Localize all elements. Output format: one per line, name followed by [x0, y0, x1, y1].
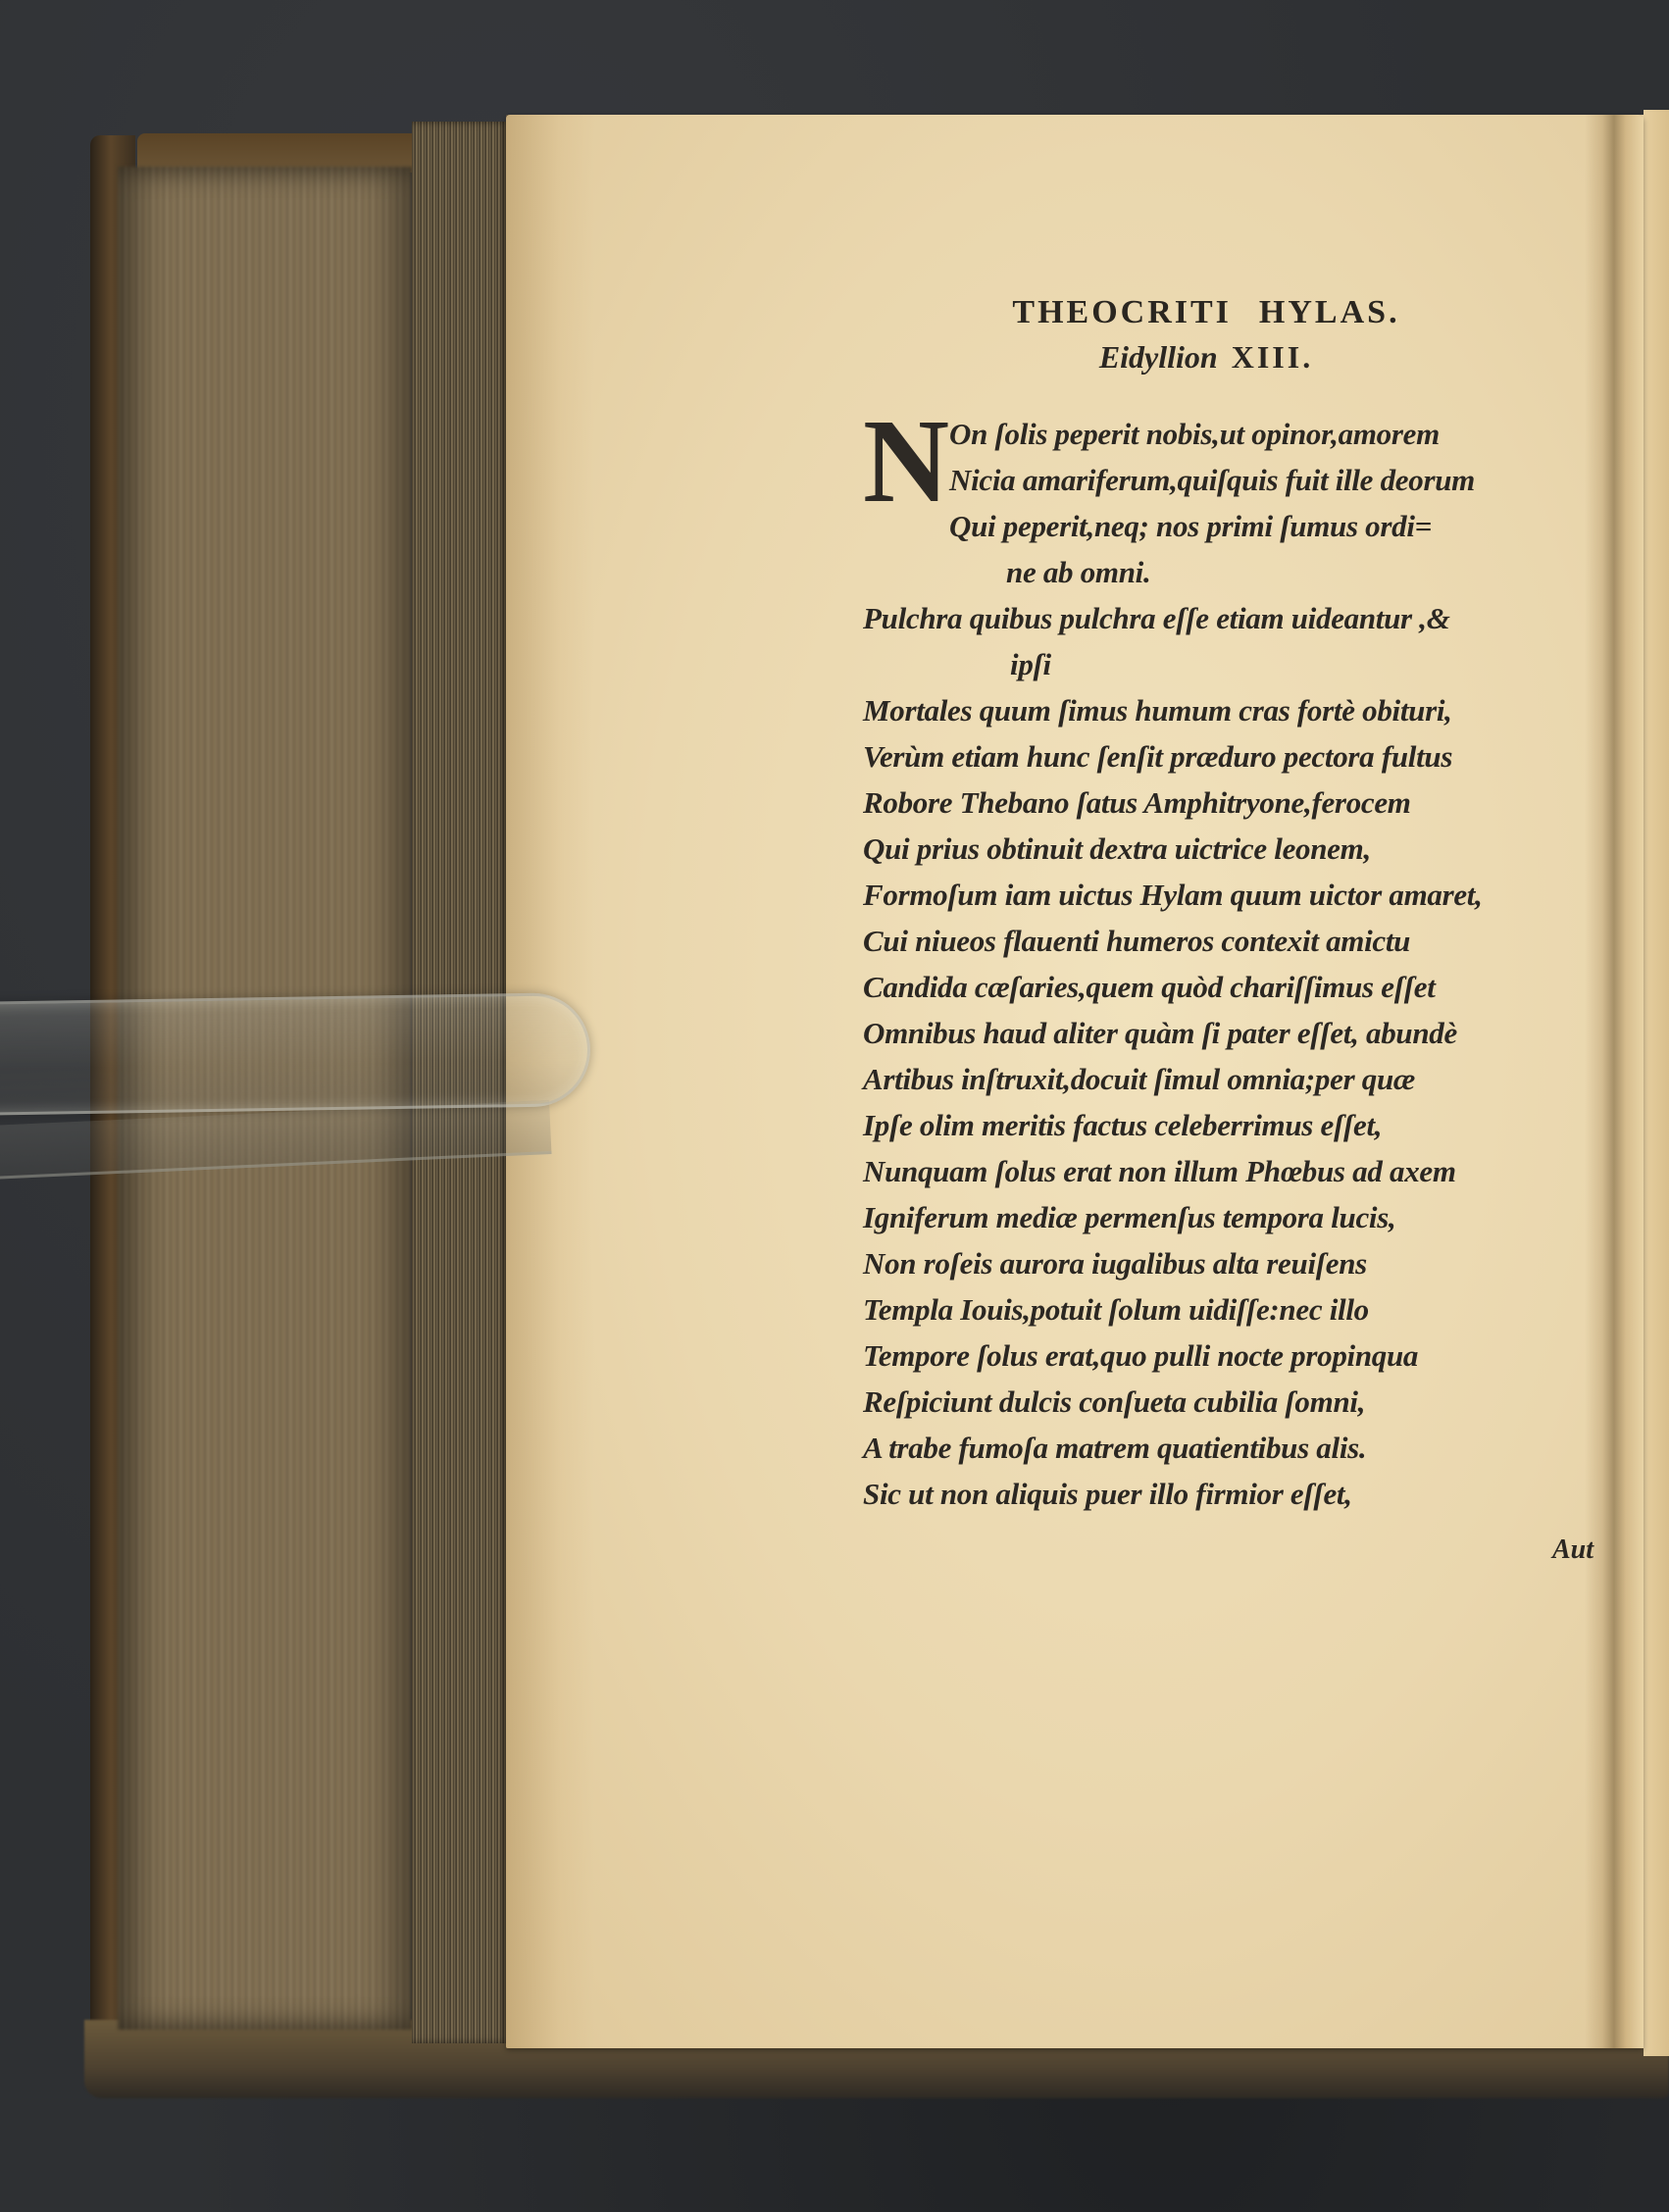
- verse-line: Mortales quum ſimus humum cras fortè obi…: [863, 687, 1608, 733]
- verse-line: Artibus inſtruxit,docuit ſimul omnia;per…: [863, 1056, 1608, 1102]
- verse-block: N On ſolis peperit nobis,ut opinor,amore…: [863, 411, 1608, 1517]
- verse-line: On ſolis peperit nobis,ut opinor,amorem: [863, 411, 1608, 457]
- page-text-block: THEOCRITIHYLAS. EidyllionXIII. N On ſoli…: [863, 294, 1608, 1566]
- verse-line: Nunquam ſolus erat non illum Phœbus ad a…: [863, 1148, 1608, 1194]
- verse-line: Qui peperit,neq; nos primi ſumus ordi=: [863, 503, 1608, 549]
- photo-scene: THEOCRITIHYLAS. EidyllionXIII. N On ſoli…: [0, 0, 1669, 2212]
- verse-line: Robore Thebano ſatus Amphitryone,ferocem: [863, 779, 1608, 826]
- verse-line: Templa Iouis,potuit ſolum uidiſſe:nec il…: [863, 1286, 1608, 1332]
- running-head: THEOCRITIHYLAS.: [932, 294, 1481, 331]
- verse-line: Non roſeis aurora iugalibus alta reuiſen…: [863, 1240, 1608, 1286]
- running-head-author: THEOCRITI: [1012, 294, 1232, 330]
- verse-line: Verùm etiam hunc ſenſit præduro pectora …: [863, 733, 1608, 779]
- verse-line: Pulchra quibus pulchra eſſe etiam uidean…: [863, 595, 1608, 641]
- running-head-title: HYLAS.: [1259, 294, 1400, 330]
- verse-line: Qui prius obtinuit dextra uictrice leone…: [863, 826, 1608, 872]
- verse-line: Formoſum iam uictus Hylam quum uictor am…: [863, 872, 1608, 918]
- idyll-title: EidyllionXIII.: [932, 339, 1481, 376]
- verse-line-continuation: ipſi: [863, 641, 1608, 687]
- verse-line: Igniferum mediæ permenſus tempora lucis,: [863, 1194, 1608, 1240]
- page-clip: [0, 992, 591, 1116]
- verse-line: A trabe fumoſa matrem quatientibus alis.: [863, 1425, 1608, 1471]
- catchword: Aut: [863, 1534, 1593, 1566]
- verse-line-continuation: ne ab omni.: [863, 549, 1608, 595]
- verse-line: Tempore ſolus erat,quo pulli nocte propi…: [863, 1332, 1608, 1379]
- verse-line: Omnibus haud aliter quàm ſi pater eſſet,…: [863, 1010, 1608, 1056]
- verse-line: Cui niueos flauenti humeros contexit ami…: [863, 918, 1608, 964]
- drop-cap-initial: N: [863, 413, 949, 511]
- idyll-number: XIII.: [1232, 339, 1313, 375]
- verse-line: Candida cæſaries,quem quòd chariſſimus e…: [863, 964, 1608, 1010]
- verse-line: Reſpiciunt dulcis conſueta cubilia ſomni…: [863, 1379, 1608, 1425]
- verse-line: Nicia amariferum,quiſquis fuit ille deor…: [863, 457, 1608, 503]
- idyll-label: Eidyllion: [1099, 339, 1218, 375]
- next-leaf-edge: [1644, 110, 1669, 2056]
- verse-line: Sic ut non aliquis puer illo firmior eſſ…: [863, 1471, 1608, 1517]
- verse-line: Ipſe olim meritis factus celeberrimus eſ…: [863, 1102, 1608, 1148]
